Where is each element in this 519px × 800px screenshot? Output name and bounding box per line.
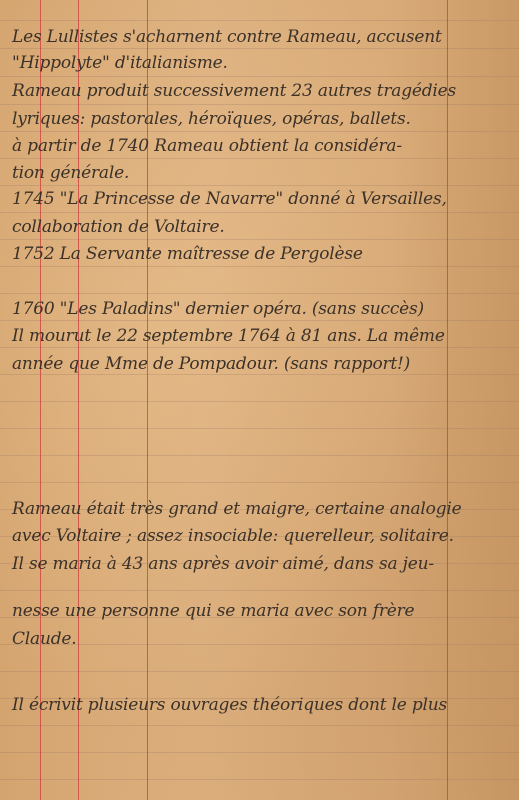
text-line: Il se maria à 43 ans après avoir aimé, d… xyxy=(12,553,512,575)
text-line: 1745 "La Princesse de Navarre" donné à V… xyxy=(12,188,512,210)
handwritten-text: Les Lullistes s'acharnent contre Rameau,… xyxy=(0,0,519,800)
text-line: nesse une personne qui se maria avec son… xyxy=(12,600,512,622)
text-line: Les Lullistes s'acharnent contre Rameau,… xyxy=(12,26,512,48)
text-line: avec Voltaire ; assez insociable: querel… xyxy=(12,525,512,547)
text-line: Rameau produit successivement 23 autres … xyxy=(12,80,512,102)
text-line: "Hippolyte" d'italianisme. xyxy=(12,52,512,74)
text-line: année que Mme de Pompadour. (sans rappor… xyxy=(12,353,512,375)
text-line: lyriques: pastorales, héroïques, opéras,… xyxy=(12,108,512,130)
text-line: à partir de 1740 Rameau obtient la consi… xyxy=(12,135,512,157)
text-line: 1760 "Les Paladins" dernier opéra. (sans… xyxy=(12,298,512,320)
text-line: Claude. xyxy=(12,628,512,650)
text-line: Rameau était très grand et maigre, certa… xyxy=(12,498,512,520)
text-line: collaboration de Voltaire. xyxy=(12,216,512,238)
text-line: tion générale. xyxy=(12,162,512,184)
text-line: Il mourut le 22 septembre 1764 à 81 ans.… xyxy=(12,325,512,347)
text-line: 1752 La Servante maîtresse de Pergolèse xyxy=(12,243,512,265)
notebook-page: Les Lullistes s'acharnent contre Rameau,… xyxy=(0,0,519,800)
text-line: Il écrivit plusieurs ouvrages théoriques… xyxy=(12,694,512,716)
